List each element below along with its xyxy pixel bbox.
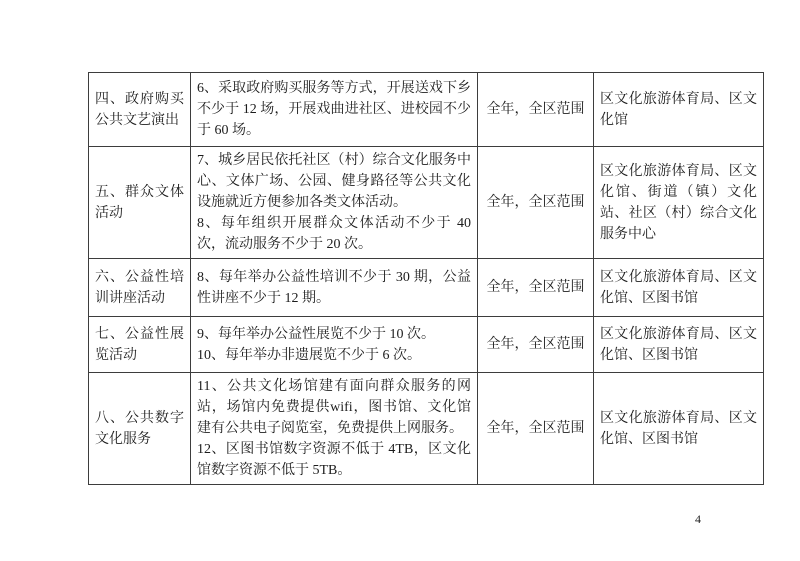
measure-item: 8、每年组织开展群众文体活动不少于 40 次，流动服务不少于 20 次。 xyxy=(197,213,471,255)
category-cell: 五、群众文体活动 xyxy=(89,147,191,259)
responsible-unit-cell: 区文化旅游体育局、区文化馆、区图书馆 xyxy=(594,259,764,317)
measure-item: 8、每年举办公益性培训不少于 30 期，公益性讲座不少于 12 期。 xyxy=(197,267,471,309)
measure-item: 11、公共文化场馆建有面向群众服务的网站，场馆内免费提供wifi，图书馆、文化馆… xyxy=(197,376,471,439)
document-page: 四、政府购买公共文艺演出 6、采取政府购买服务等方式，开展送戏下乡不少于 12 … xyxy=(0,0,800,561)
time-scope-cell: 全年，全区范围 xyxy=(478,373,594,485)
time-scope-cell: 全年，全区范围 xyxy=(478,147,594,259)
measure-item: 10、每年举办非遗展览不少于 6 次。 xyxy=(197,345,471,366)
category-cell: 七、公益性展览活动 xyxy=(89,317,191,373)
responsible-unit-cell: 区文化旅游体育局、区文化馆、区图书馆 xyxy=(594,373,764,485)
table-row: 六、公益性培训讲座活动 8、每年举办公益性培训不少于 30 期，公益性讲座不少于… xyxy=(89,259,764,317)
category-cell: 四、政府购买公共文艺演出 xyxy=(89,73,191,147)
measure-item: 7、城乡居民依托社区（村）综合文化服务中心、文体广场、公园、健身路径等公共文化设… xyxy=(197,150,471,213)
responsible-unit-cell: 区文化旅游体育局、区文化馆、区图书馆 xyxy=(594,317,764,373)
time-scope-cell: 全年，全区范围 xyxy=(478,73,594,147)
table-row: 五、群众文体活动 7、城乡居民依托社区（村）综合文化服务中心、文体广场、公园、健… xyxy=(89,147,764,259)
table-row: 七、公益性展览活动 9、每年举办公益性展览不少于 10 次。 10、每年举办非遗… xyxy=(89,317,764,373)
time-scope-cell: 全年，全区范围 xyxy=(478,317,594,373)
responsible-unit-cell: 区文化旅游体育局、区文化馆、街道（镇）文化站、社区（村）综合文化服务中心 xyxy=(594,147,764,259)
measures-cell: 6、采取政府购买服务等方式，开展送戏下乡不少于 12 场，开展戏曲进社区、进校园… xyxy=(191,73,478,147)
category-cell: 六、公益性培训讲座活动 xyxy=(89,259,191,317)
time-scope-cell: 全年，全区范围 xyxy=(478,259,594,317)
measure-item: 12、区图书馆数字资源不低于 4TB，区文化馆数字资源不低于 5TB。 xyxy=(197,439,471,481)
category-cell: 八、公共数字文化服务 xyxy=(89,373,191,485)
table-row: 四、政府购买公共文艺演出 6、采取政府购买服务等方式，开展送戏下乡不少于 12 … xyxy=(89,73,764,147)
measures-cell: 8、每年举办公益性培训不少于 30 期，公益性讲座不少于 12 期。 xyxy=(191,259,478,317)
service-standards-table: 四、政府购买公共文艺演出 6、采取政府购买服务等方式，开展送戏下乡不少于 12 … xyxy=(88,72,764,485)
measure-item: 6、采取政府购买服务等方式，开展送戏下乡不少于 12 场，开展戏曲进社区、进校园… xyxy=(197,78,471,141)
measures-cell: 7、城乡居民依托社区（村）综合文化服务中心、文体广场、公园、健身路径等公共文化设… xyxy=(191,147,478,259)
page-number: 4 xyxy=(695,512,701,526)
measures-cell: 9、每年举办公益性展览不少于 10 次。 10、每年举办非遗展览不少于 6 次。 xyxy=(191,317,478,373)
responsible-unit-cell: 区文化旅游体育局、区文化馆 xyxy=(594,73,764,147)
table-row: 八、公共数字文化服务 11、公共文化场馆建有面向群众服务的网站，场馆内免费提供w… xyxy=(89,373,764,485)
measures-cell: 11、公共文化场馆建有面向群众服务的网站，场馆内免费提供wifi，图书馆、文化馆… xyxy=(191,373,478,485)
measure-item: 9、每年举办公益性展览不少于 10 次。 xyxy=(197,324,471,345)
